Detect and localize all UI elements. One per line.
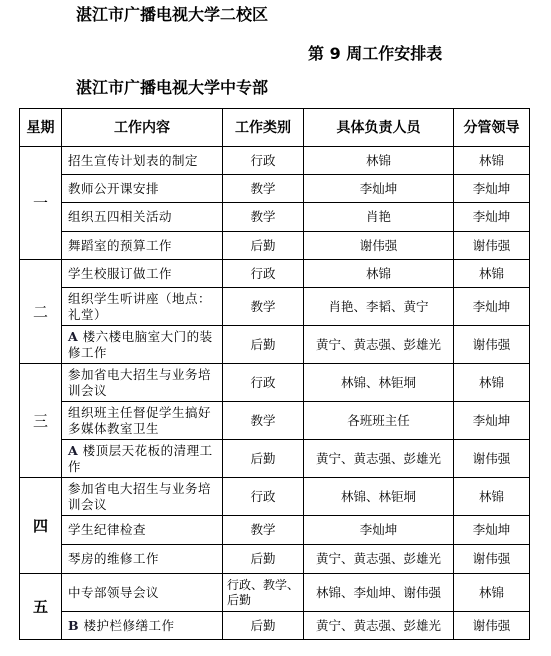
table-header-row: 星期 工作内容 工作类别 具体负责人员 分管领导 [20, 109, 530, 147]
table-row: 琴房的维修工作 后勤 黄宁、黄志强、彭雄光 谢伟强 [20, 545, 530, 574]
leader-cell: 李灿坤 [454, 175, 530, 203]
content-cell: 组织学生听讲座（地点：礼堂） [62, 288, 223, 326]
type-cell: 后勤 [223, 232, 304, 260]
content-cell: A 楼顶层天花板的清理工作 [62, 440, 223, 478]
person-cell: 黄宁、黄志强、彭雄光 [304, 545, 454, 574]
type-cell: 行政、教学、后勤 [223, 574, 304, 612]
type-cell: 后勤 [223, 545, 304, 574]
table-row: 组织班主任督促学生搞好多媒体教室卫生 教学 各班班主任 李灿坤 [20, 402, 530, 440]
department-title: 湛江市广播电视大学中专部 [76, 78, 268, 98]
type-cell: 教学 [223, 203, 304, 232]
content-cell: 学生纪律检查 [62, 516, 223, 545]
table-row: 组织学生听讲座（地点：礼堂） 教学 肖艳、李韬、黄宁 李灿坤 [20, 288, 530, 326]
content-cell: B 楼护栏修缮工作 [62, 612, 223, 640]
content-cell: 参加省电大招生与业务培训会议 [62, 364, 223, 402]
schedule-table: 星期 工作内容 工作类别 具体负责人员 分管领导 一 招生宣传计划表的制定 行政… [19, 108, 530, 640]
leader-cell: 谢伟强 [454, 326, 530, 364]
person-cell: 林锦、林钜垌 [304, 364, 454, 402]
person-cell: 谢伟强 [304, 232, 454, 260]
type-cell: 教学 [223, 175, 304, 203]
type-cell: 行政 [223, 260, 304, 288]
content-text: 楼六楼电脑室大门的装修工作 [68, 329, 213, 360]
table-row: A 楼顶层天花板的清理工作 后勤 黄宁、黄志强、彭雄光 谢伟强 [20, 440, 530, 478]
type-cell: 教学 [223, 402, 304, 440]
table-row: 舞蹈室的预算工作 后勤 谢伟强 谢伟强 [20, 232, 530, 260]
table-row: 学生纪律检查 教学 李灿坤 李灿坤 [20, 516, 530, 545]
day-cell-friday: 五 [20, 574, 62, 640]
leader-cell: 林锦 [454, 260, 530, 288]
leader-cell: 林锦 [454, 364, 530, 402]
type-cell: 行政 [223, 478, 304, 516]
person-cell: 黄宁、黄志强、彭雄光 [304, 612, 454, 640]
content-text: 楼护栏修缮工作 [79, 618, 174, 633]
leader-cell: 李灿坤 [454, 203, 530, 232]
content-cell: 招生宣传计划表的制定 [62, 147, 223, 175]
leader-cell: 林锦 [454, 147, 530, 175]
week-schedule-title: 第 9 周工作安排表 [308, 44, 442, 64]
column-header-content: 工作内容 [62, 109, 223, 147]
table-row: 一 招生宣传计划表的制定 行政 林锦 林锦 [20, 147, 530, 175]
content-cell: 琴房的维修工作 [62, 545, 223, 574]
table-row: 五 中专部领导会议 行政、教学、后勤 林锦、李灿坤、谢伟强 林锦 [20, 574, 530, 612]
content-cell: 组织五四相关活动 [62, 203, 223, 232]
content-text: 楼顶层天花板的清理工作 [68, 443, 213, 474]
content-cell: 中专部领导会议 [62, 574, 223, 612]
type-cell: 教学 [223, 516, 304, 545]
table-row: 二 学生校服订做工作 行政 林锦 林锦 [20, 260, 530, 288]
type-cell: 后勤 [223, 326, 304, 364]
building-letter: B [68, 618, 79, 633]
person-cell: 李灿坤 [304, 175, 454, 203]
person-cell: 林锦、林钜垌 [304, 478, 454, 516]
leader-cell: 谢伟强 [454, 232, 530, 260]
content-cell: 参加省电大招生与业务培训会议 [62, 478, 223, 516]
type-cell: 行政 [223, 147, 304, 175]
column-header-type: 工作类别 [223, 109, 304, 147]
leader-cell: 林锦 [454, 478, 530, 516]
leader-cell: 李灿坤 [454, 288, 530, 326]
leader-cell: 谢伟强 [454, 440, 530, 478]
person-cell: 黄宁、黄志强、彭雄光 [304, 326, 454, 364]
table-row: A 楼六楼电脑室大门的装修工作 后勤 黄宁、黄志强、彭雄光 谢伟强 [20, 326, 530, 364]
leader-cell: 李灿坤 [454, 402, 530, 440]
leader-cell: 谢伟强 [454, 612, 530, 640]
type-cell: 教学 [223, 288, 304, 326]
table-row: B 楼护栏修缮工作 后勤 黄宁、黄志强、彭雄光 谢伟强 [20, 612, 530, 640]
person-cell: 林锦 [304, 260, 454, 288]
type-cell: 后勤 [223, 440, 304, 478]
person-cell: 黄宁、黄志强、彭雄光 [304, 440, 454, 478]
day-cell-monday: 一 [20, 147, 62, 260]
leader-cell: 谢伟强 [454, 545, 530, 574]
person-cell: 肖艳 [304, 203, 454, 232]
column-header-day: 星期 [20, 109, 62, 147]
content-cell: A 楼六楼电脑室大门的装修工作 [62, 326, 223, 364]
table-row: 教师公开课安排 教学 李灿坤 李灿坤 [20, 175, 530, 203]
content-cell: 教师公开课安排 [62, 175, 223, 203]
person-cell: 各班班主任 [304, 402, 454, 440]
person-cell: 李灿坤 [304, 516, 454, 545]
table-row: 三 参加省电大招生与业务培训会议 行政 林锦、林钜垌 林锦 [20, 364, 530, 402]
table-row: 组织五四相关活动 教学 肖艳 李灿坤 [20, 203, 530, 232]
person-cell: 林锦、李灿坤、谢伟强 [304, 574, 454, 612]
content-cell: 舞蹈室的预算工作 [62, 232, 223, 260]
school-title: 湛江市广播电视大学二校区 [76, 5, 268, 25]
content-cell: 组织班主任督促学生搞好多媒体教室卫生 [62, 402, 223, 440]
leader-cell: 林锦 [454, 574, 530, 612]
person-cell: 林锦 [304, 147, 454, 175]
day-cell-thursday: 四 [20, 478, 62, 574]
table-row: 四 参加省电大招生与业务培训会议 行政 林锦、林钜垌 林锦 [20, 478, 530, 516]
day-cell-tuesday: 二 [20, 260, 62, 364]
day-cell-wednesday: 三 [20, 364, 62, 478]
column-header-leader: 分管领导 [454, 109, 530, 147]
leader-cell: 李灿坤 [454, 516, 530, 545]
type-cell: 行政 [223, 364, 304, 402]
content-cell: 学生校服订做工作 [62, 260, 223, 288]
column-header-person: 具体负责人员 [304, 109, 454, 147]
building-letter: A [68, 329, 78, 344]
type-cell: 后勤 [223, 612, 304, 640]
building-letter: A [68, 443, 78, 458]
person-cell: 肖艳、李韬、黄宁 [304, 288, 454, 326]
